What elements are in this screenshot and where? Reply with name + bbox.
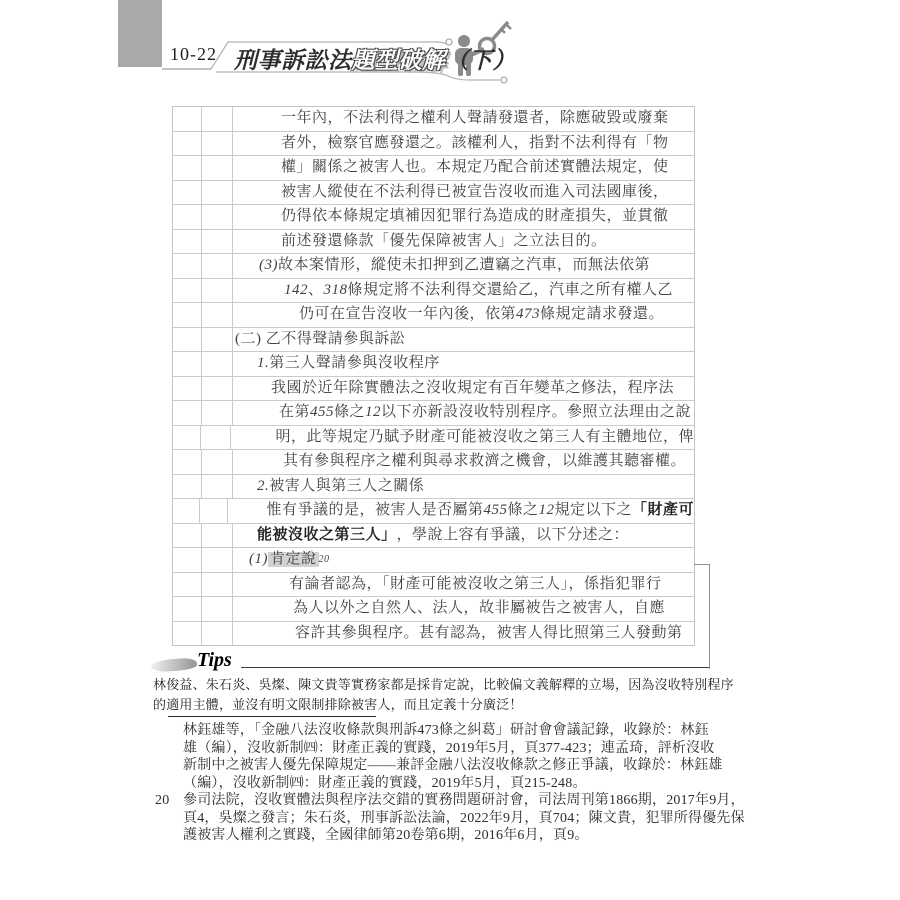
margin-cell [173,279,202,303]
margin-cell [202,107,233,131]
margin-cell [173,377,202,401]
row-text: 為人以外之自然人、法人，故非屬被告之被害人，自應 [233,597,694,621]
text-row: 明，此等規定乃賦予財產可能被沒收之第三人有主體地位，俾 [173,426,694,451]
text-segment: 473 [516,307,540,322]
text-segment: 第三人聲請參與沒收程序 [269,356,440,371]
row-text: 能被沒收之第三人」，學說上容有爭議，以下分述之： [233,524,694,548]
margin-cell [202,230,233,254]
row-text: (1) 肯定說20 [233,548,694,572]
text-row: (二) 乙不得聲請參與訴訟 [173,328,694,353]
margin-cell [202,524,233,548]
margin-cell [173,401,202,425]
margin-cell [173,573,202,597]
margin-cell [173,254,202,278]
content-table: 一年內，不法利得之權利人聲請發還者，除應破毀或廢棄者外，檢察官應發還之。該權利人… [172,106,695,646]
margin-cell [202,328,233,352]
text-segment: 1. [257,356,269,371]
highlighted-term: 肯定說 [268,552,319,567]
text-segment: 455 [483,503,507,518]
text-segment: 12 [538,503,554,518]
text-segment: 故本案情形，縱使未扣押到乙遭竊之汽車，而無法依第 [278,258,650,273]
tips-body: 林俊益、朱石炎、吳燦、陳文貴等實務家都是採肯定說，比較偏文義解釋的立場，因為沒收… [153,675,793,715]
text-row: 為人以外之自然人、法人，故非屬被告之被害人，自應 [173,597,694,622]
margin-cell [173,597,202,621]
row-text: 權」關係之被害人也。本規定乃配合前述實體法規定，使 [233,156,694,180]
row-text: 其有參與程序之權利與尋求救濟之機會，以維護其聽審權。 [233,450,694,474]
row-text: 惟有爭議的是，被害人是否屬第455條之12規定以下之「財產可 [228,499,694,523]
chapter-title: 刑事訴訟法題型破解（下） [234,42,516,75]
row-text: 仍可在宣告沒收一年內後，依第473條規定請求發還。 [233,303,694,327]
title-fancy: 題型破解 [352,48,446,73]
text-row: 有論者認為，「財產可能被沒收之第三人」，係指犯罪行 [173,573,694,598]
text-segment: 其有參與程序之權利與尋求救濟之機會，以維護其聽審權。 [283,454,686,469]
text-segment: (1) [249,552,268,567]
margin-cell [202,254,233,278]
margin-cell [201,426,231,450]
footnote-line: 參司法院，沒收實體法與程序法交錯的實務問題研討會，司法周刊第1866期，2017… [183,792,773,810]
row-text: 1. 第三人聲請參與沒收程序 [233,352,694,376]
footnote-number: 20 [155,792,169,810]
text-row: 惟有爭議的是，被害人是否屬第455條之12規定以下之「財產可 [173,499,694,524]
text-segment: 條規定請求發還。 [540,307,664,322]
margin-cell [173,205,202,229]
text-segment: ，學說上容有爭議，以下分述之： [397,528,630,543]
text-row: 我國於近年除實體法之沒收規定有百年變革之修法，程序法 [173,377,694,402]
text-segment: 權」關係之被害人也。本規定乃配合前述實體法規定，使 [281,160,669,175]
tips-reference-bracket [694,564,710,669]
margin-cell [202,597,233,621]
row-text: 前述發還條款「優先保障被害人」之立法目的。 [233,230,694,254]
text-segment: (3) [259,258,278,273]
title-suffix: （下） [446,48,517,73]
text-row: 容許其參與程序。甚有認為，被害人得比照第三人發動第 [173,622,694,646]
title-main: 刑事訴訟法 [234,48,352,73]
text-segment: 「財產可 [632,503,694,518]
margin-cell [202,279,233,303]
margin-cell [200,499,229,523]
margin-cell [173,156,202,180]
text-row: (1) 肯定說20 [173,548,694,573]
margin-cell [173,548,202,572]
row-text: 有論者認為，「財產可能被沒收之第三人」，係指犯罪行 [233,573,694,597]
text-row: 者外，檢察官應發還之。該權利人，指對不法利得有「物 [173,132,694,157]
text-segment: 有論者認為，「財產可能被沒收之第三人」，係指犯罪行 [289,577,662,592]
text-segment: 一年內，不法利得之權利人聲請發還者，除應破毀或廢棄 [281,111,669,126]
row-text: 者外，檢察官應發還之。該權利人，指對不法利得有「物 [233,132,694,156]
text-segment: 被害人縱使在不法利得已被宣告沒收而進入司法國庫後， [281,185,669,200]
text-row: 仍可在宣告沒收一年內後，依第473條規定請求發還。 [173,303,694,328]
margin-cell [202,205,233,229]
tips-label: Tips [197,649,232,672]
row-text: 2. 被害人與第三人之關係 [233,475,694,499]
margin-cell [173,524,202,548]
text-segment: 惟有爭議的是，被害人是否屬第 [266,503,483,518]
text-row: 142、318條規定將不法利得交還給乙，汽車之所有權人乙 [173,279,694,304]
text-row: 在第455條之12以下亦新設沒收特別程序。參照立法理由之說 [173,401,694,426]
text-segment: 為人以外之自然人、法人，故非屬被告之被害人，自應 [293,601,665,616]
margin-cell [202,548,233,572]
text-segment: 以下亦新設沒收特別程序。參照立法理由之說 [381,405,691,420]
text-row: 能被沒收之第三人」，學說上容有爭議，以下分述之： [173,524,694,549]
connector-dot [501,77,507,83]
text-segment: 318 [324,283,348,298]
text-segment: 12 [365,405,381,420]
margin-cell [202,450,233,474]
margin-cell [202,573,233,597]
text-segment: 條之 [507,503,538,518]
text-segment: 明，此等規定乃賦予財產可能被沒收之第三人有主體地位，俾 [275,430,694,445]
margin-cell [202,303,233,327]
row-text: 容許其參與程序。甚有認為，被害人得比照第三人發動第 [233,622,694,646]
margin-cell [173,622,202,646]
text-segment: 者外，檢察官應發還之。該權利人，指對不法利得有「物 [281,136,669,151]
text-segment: 規定以下之 [554,503,632,518]
text-row: 被害人縱使在不法利得已被宣告沒收而進入司法國庫後， [173,181,694,206]
text-segment: 142 [284,283,308,298]
content-rows: 一年內，不法利得之權利人聲請發還者，除應破毀或廢棄者外，檢察官應發還之。該權利人… [173,107,694,645]
margin-cell [173,328,202,352]
text-row: 其有參與程序之權利與尋求救濟之機會，以維護其聽審權。 [173,450,694,475]
margin-cell [202,377,233,401]
text-segment: (二) 乙不得聲請參與訴訟 [235,332,405,347]
book-page: 10-22 刑事訴訟法題型破解（下） 一年內，不法利得之權利人聲請發還者，除應破… [0,0,900,900]
row-text: 明，此等規定乃賦予財產可能被沒收之第三人有主體地位，俾 [231,426,694,450]
footnote-line: 林鈺雄等，「金融八法沒收條款與刑訴473條之糾葛」研討會會議記錄，收錄於：林鈺 [183,722,773,740]
row-text: 142、318條規定將不法利得交還給乙，汽車之所有權人乙 [233,279,694,303]
margin-cell [173,450,202,474]
tips-line: 的適用主體，並沒有明文限制排除被害人，而且定義十分廣泛！ [153,695,793,715]
margin-cell [202,622,233,646]
margin-cell [202,475,233,499]
text-segment: 在第 [279,405,310,420]
margin-cell [173,181,202,205]
text-segment: 被害人與第三人之關係 [269,479,424,494]
text-segment: 我國於近年除實體法之沒收規定有百年變革之修法，程序法 [271,381,674,396]
tips-swoosh-icon [151,657,198,672]
text-segment: 455 [310,405,334,420]
margin-cell [173,303,202,327]
row-text: 仍得依本條規定填補因犯罪行為造成的財產損失，並貫徹 [233,205,694,229]
text-segment: 條之 [334,405,365,420]
footnote-separator [168,716,376,717]
row-text: (3) 故本案情形，縱使未扣押到乙遭竊之汽車，而無法依第 [233,254,694,278]
text-segment: 、 [308,283,324,298]
row-text: 我國於近年除實體法之沒收規定有百年變革之修法，程序法 [233,377,694,401]
text-row: 仍得依本條規定填補因犯罪行為造成的財產損失，並貫徹 [173,205,694,230]
margin-cell [173,499,200,523]
footnote-item: 林鈺雄等，「金融八法沒收條款與刑訴473條之糾葛」研討會會議記錄，收錄於：林鈺雄… [153,722,773,792]
page-number: 10-22 [170,44,217,65]
footnote-line: 雄（編），沒收新制㈣：財產正義的實踐，2019年5月，頁377-423；連孟琦，… [183,740,773,758]
row-text: 一年內，不法利得之權利人聲請發還者，除應破毀或廢棄 [233,107,694,131]
margin-cell [173,132,202,156]
margin-cell [173,352,202,376]
margin-cell [202,181,233,205]
text-row: 權」關係之被害人也。本規定乃配合前述實體法規定，使 [173,156,694,181]
text-row: 2. 被害人與第三人之關係 [173,475,694,500]
text-segment: 前述發還條款「優先保障被害人」之立法目的。 [281,234,607,249]
text-row: (3) 故本案情形，縱使未扣押到乙遭竊之汽車，而無法依第 [173,254,694,279]
text-segment: 2. [257,479,269,494]
margin-cell [202,132,233,156]
footnote-line: （編），沒收新制㈣：財產正義的實踐，2019年5月，頁215-248。 [183,775,773,793]
margin-cell [173,426,201,450]
text-segment: 容許其參與程序。甚有認為，被害人得比照第三人發動第 [295,626,683,641]
margin-cell [173,107,202,131]
text-segment: 仍得依本條規定填補因犯罪行為造成的財產損失，並貫徹 [281,209,669,224]
footnote-line: 新制中之被害人優先保障規定——兼評金融八法沒收條款之修正爭議，收錄於：林鈺雄 [183,757,773,775]
margin-cell [173,230,202,254]
text-segment: 能被沒收之第三人」 [257,528,397,543]
footnote-line: 頁4，吳燦之發言；朱石炎，刑事訴訟法論，2022年9月，頁704；陳文貴，犯罪所… [183,810,773,828]
tips-line: 林俊益、朱石炎、吳燦、陳文貴等實務家都是採肯定說，比較偏文義解釋的立場，因為沒收… [153,675,793,695]
text-row: 一年內，不法利得之權利人聲請發還者，除應破毀或廢棄 [173,107,694,132]
row-text: (二) 乙不得聲請參與訴訟 [233,328,694,352]
text-segment: 仍可在宣告沒收一年內後，依第 [299,307,516,322]
row-text: 在第455條之12以下亦新設沒收特別程序。參照立法理由之說 [233,401,694,425]
text-row: 1. 第三人聲請參與沒收程序 [173,352,694,377]
footnote-item: 20參司法院，沒收實體法與程序法交錯的實務問題研討會，司法周刊第1866期，20… [153,792,773,845]
margin-cell [173,475,202,499]
footnote-line: 護被害人權利之實踐，全國律師第20卷第6期，2016年6月，頁9。 [183,827,773,845]
margin-cell [202,352,233,376]
row-text: 被害人縱使在不法利得已被宣告沒收而進入司法國庫後， [233,181,694,205]
text-segment: 條規定將不法利得交還給乙，汽車之所有權人乙 [348,283,674,298]
text-row: 前述發還條款「優先保障被害人」之立法目的。 [173,230,694,255]
margin-cell [202,156,233,180]
footnotes: 林鈺雄等，「金融八法沒收條款與刑訴473條之糾葛」研討會會議記錄，收錄於：林鈺雄… [153,722,773,845]
margin-cell [202,401,233,425]
tips-rule [241,667,709,668]
